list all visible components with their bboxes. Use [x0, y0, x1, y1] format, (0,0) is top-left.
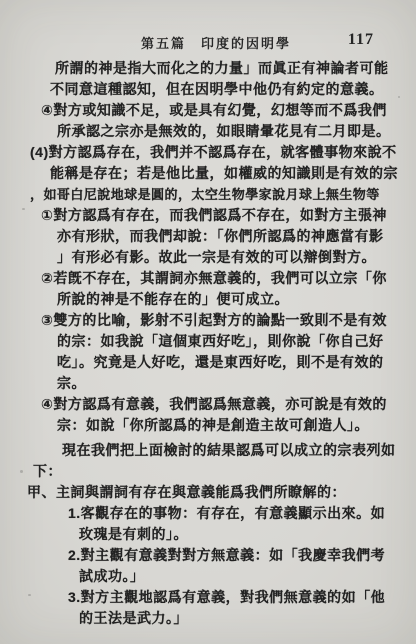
body-line: 所說的神是不能存在的」便可成立。 — [0, 289, 416, 310]
scan-speck — [28, 594, 31, 596]
body-line: 現在我們把上面檢討的結果認爲可以成立的宗表列如 — [0, 440, 416, 461]
body-line: 所承認之宗亦是無效的，如眼睛暈花見有二月即是。 — [0, 121, 416, 142]
body-line: 3.對方主觀地認爲有意義，對我們無意義的如「他 — [0, 587, 416, 608]
scan-speck — [22, 208, 25, 210]
body-line: ④對方認爲有意義，我們認爲無意義，亦可說是有效的 — [0, 394, 416, 415]
running-header: 第五篇 印度的因明學 117 — [0, 33, 416, 51]
body-line: 不同意這種認知，但在因明學中他仍有約定的意義。 — [0, 79, 416, 100]
body-line: 亦有形狀，而我們却說：「你們所認爲的神應當有影 — [0, 226, 416, 247]
body-text: 所謂的神是指大而化之的力量」而眞正有神論者可能 不同意這種認知，但在因明學中他仍… — [0, 58, 416, 629]
body-line: 的王法是武力。」 — [0, 608, 416, 629]
body-line: 宗。 — [0, 373, 416, 394]
body-line: 試成功。」 — [0, 566, 416, 587]
body-line: ，如哥白尼說地球是圓的，太空生物學家說月球上無生物等 — [0, 184, 416, 205]
body-line: 玫瑰是有刺的」。 — [0, 524, 416, 545]
body-line: 下： — [0, 461, 416, 482]
body-line: ①對方認爲有存在，而我們認爲不存在，如對方主張神 — [0, 205, 416, 226]
scanned-book-page: 第五篇 印度的因明學 117 所謂的神是指大而化之的力量」而眞正有神論者可能 不… — [0, 0, 416, 644]
body-line: 的宗：如我說「這個東西好吃」，則你說「你自己好 — [0, 331, 416, 352]
body-line: ④對方或知識不足，或是具有幻覺，幻想等而不爲我們 — [0, 100, 416, 121]
body-line: 甲、主詞與謂詞有存在與意義能爲我們所瞭解的： — [0, 482, 416, 503]
body-line: 2.對主觀有意義對對方無意義：如「我慶幸我們考 — [0, 545, 416, 566]
body-line: (4)對方認爲存在，我們并不認爲存在，就客體事物來說不 — [0, 142, 416, 163]
body-line: 吃」。究竟是人好吃，還是東西好吃，則不是有效的 — [0, 352, 416, 373]
body-line: 」有形必有影。故此一宗是有效的可以辯倒對方。 — [0, 247, 416, 268]
body-line: 宗：如說「你所認爲的神是創造主故可創造人」。 — [0, 415, 416, 436]
body-line: ③雙方的比喻，影射不引起對方的論點一致則不是有效 — [0, 310, 416, 331]
body-line: 能稱是存在；若是他比量，如權威的知識則是有效的宗 — [0, 163, 416, 184]
scan-speck — [20, 470, 23, 473]
body-line: 所謂的神是指大而化之的力量」而眞正有神論者可能 — [0, 58, 416, 79]
body-line: 1.客觀存在的事物：有存在，有意義顯示出來。如 — [0, 503, 416, 524]
scan-speck — [398, 96, 400, 98]
body-line: ②若旣不存在，其謂詞亦無意義的，我們可以立宗「你 — [0, 268, 416, 289]
page-number: 117 — [348, 31, 374, 49]
